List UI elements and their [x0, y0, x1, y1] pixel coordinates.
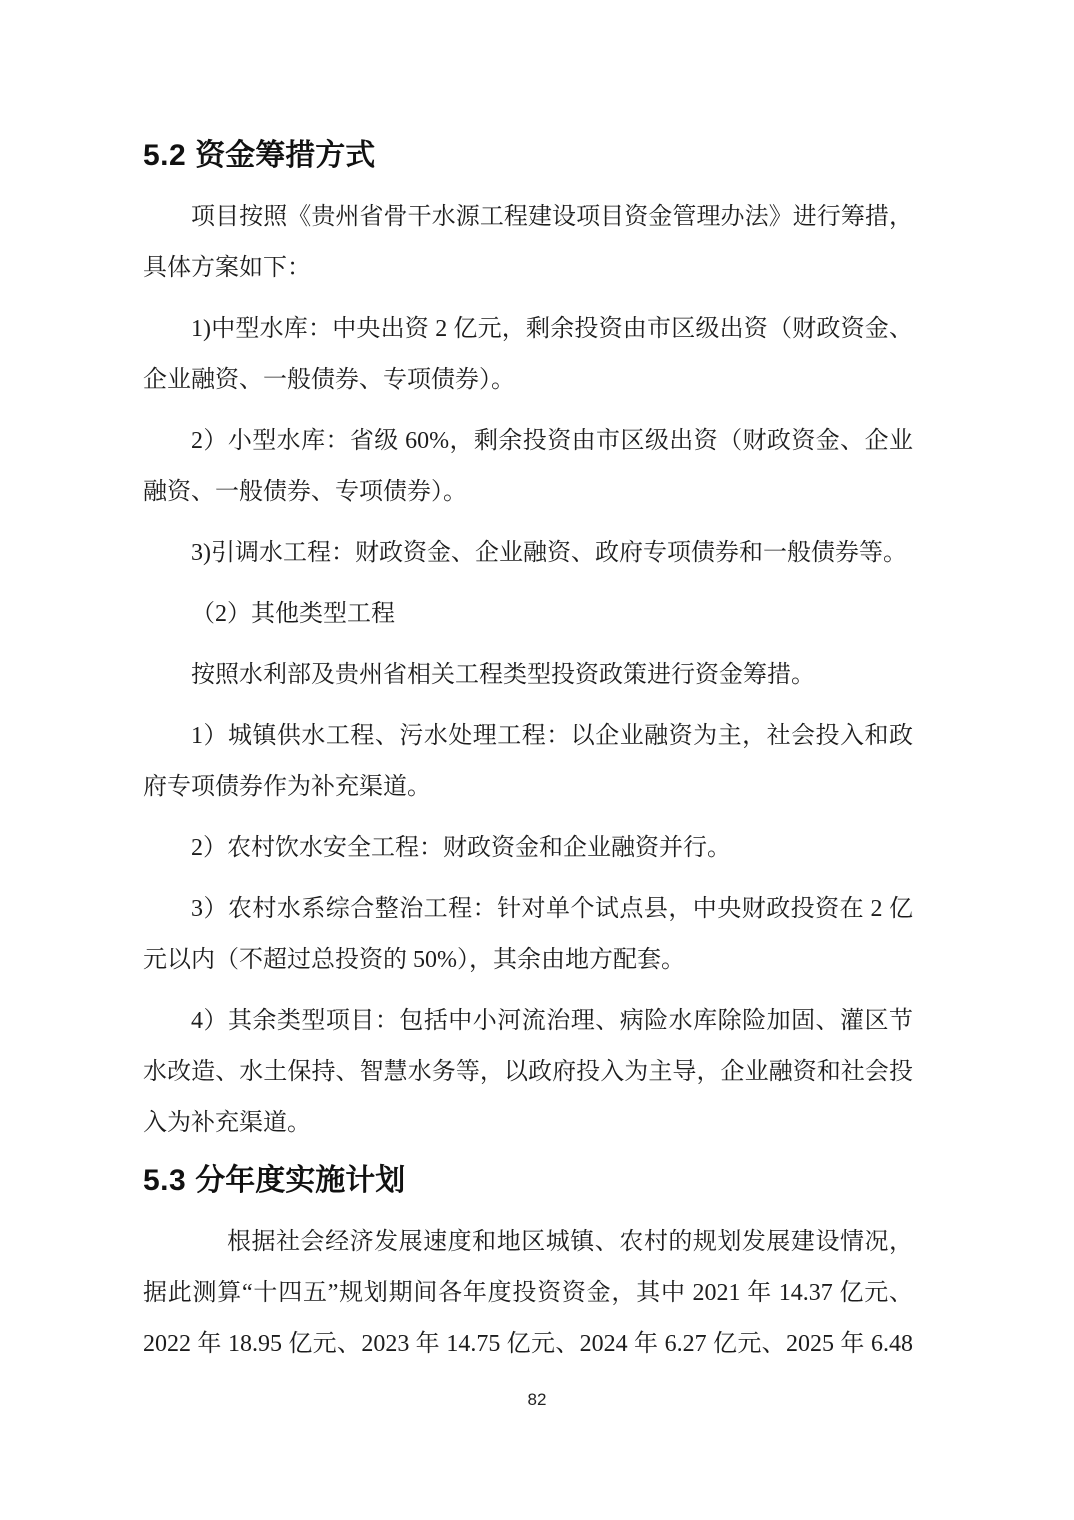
paragraph-annual-investment: 根据社会经济发展速度和地区城镇、农村的规划发展建设情况，据此测算“十四五”规划期… — [143, 1217, 913, 1370]
paragraph-water-diversion: 3)引调水工程：财政资金、企业融资、政府专项债券和一般债券等。 — [143, 528, 913, 579]
document-content: 5.2资金筹措方式 项目按照《贵州省骨干水源工程建设项目资金管理办法》进行筹措，… — [143, 134, 913, 1370]
section-title: 分年度实施计划 — [195, 1164, 405, 1197]
section-funding-methods: 5.2资金筹措方式 项目按照《贵州省骨干水源工程建设项目资金管理办法》进行筹措，… — [143, 134, 913, 1149]
paragraph-small-reservoir: 2）小型水库：省级 60%，剩余投资由市区级出资（财政资金、企业融资、一般债券、… — [143, 416, 913, 518]
section-number: 5.3 — [143, 1164, 186, 1197]
paragraph-other-project-types: （2）其他类型工程 — [143, 589, 913, 640]
section-heading-5-3: 5.3分年度实施计划 — [143, 1159, 913, 1203]
paragraph-remaining-projects: 4）其余类型项目：包括中小河流治理、病险水库除险加固、灌区节水改造、水土保持、智… — [143, 996, 913, 1149]
paragraph-medium-reservoir: 1)中型水库：中央出资 2 亿元，剩余投资由市区级出资（财政资金、企业融资、一般… — [143, 304, 913, 406]
paragraph-rural-water-system: 3）农村水系综合整治工程：针对单个试点县，中央财政投资在 2 亿元以内（不超过总… — [143, 884, 913, 986]
paragraph-rural-drinking-water: 2）农村饮水安全工程：财政资金和企业融资并行。 — [143, 823, 913, 874]
paragraph-intro: 项目按照《贵州省骨干水源工程建设项目资金管理办法》进行筹措，具体方案如下： — [143, 192, 913, 294]
section-heading-5-2: 5.2资金筹措方式 — [143, 134, 913, 178]
document-page: 5.2资金筹措方式 项目按照《贵州省骨干水源工程建设项目资金管理办法》进行筹措，… — [0, 0, 1074, 1520]
section-title: 资金筹措方式 — [195, 139, 375, 172]
page-number: 82 — [0, 1390, 1074, 1410]
paragraph-policy-basis: 按照水利部及贵州省相关工程类型投资政策进行资金筹措。 — [143, 650, 913, 701]
section-annual-plan: 5.3分年度实施计划 根据社会经济发展速度和地区城镇、农村的规划发展建设情况，据… — [143, 1159, 913, 1370]
paragraph-urban-water-supply: 1）城镇供水工程、污水处理工程：以企业融资为主，社会投入和政府专项债券作为补充渠… — [143, 711, 913, 813]
section-number: 5.2 — [143, 139, 186, 172]
